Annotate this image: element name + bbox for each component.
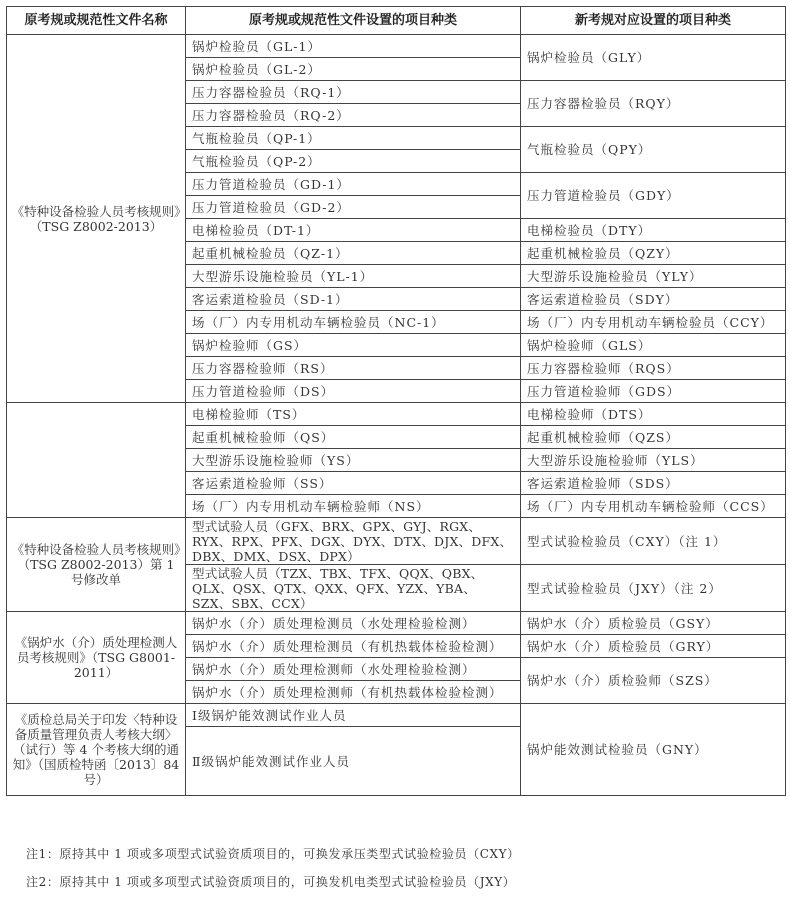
old-category-cell: 大型游乐设施检验员（YL-1） [186, 265, 521, 288]
source-doc-cell [7, 403, 186, 518]
new-category-cell: 场（厂）内专用机动车辆检验员（CCY） [521, 311, 786, 334]
old-category-cell: 锅炉检验员（GL-2） [186, 58, 521, 81]
table-row: 电梯检验师（TS） 电梯检验师（DTS） [7, 403, 786, 426]
old-category-cell: 客运索道检验师（SS） [186, 472, 521, 495]
old-category-cell: 大型游乐设施检验师（YS） [186, 449, 521, 472]
source-doc-cell: 《锅炉水（介）质处理检测人员考核规则》（TSG G8001-2011） [7, 612, 186, 704]
old-category-cell: 场（厂）内专用机动车辆检验师（NS） [186, 495, 521, 518]
table-header-row: 原考规或规范性文件名称 原考规或规范性文件设置的项目种类 新考规对应设置的项目种… [7, 7, 786, 35]
old-category-cell: 场（厂）内专用机动车辆检验员（NC-1） [186, 311, 521, 334]
old-category-cell: 气瓶检验员（QP-1） [186, 127, 521, 150]
new-category-cell: 大型游乐设施检验员（YLY） [521, 265, 786, 288]
footnote-1: 注1：原持其中 1 项或多项型式试验资质项目的，可换发承压类型式试验检验员（CX… [26, 845, 520, 862]
new-category-cell: 起重机械检验师（QZS） [521, 426, 786, 449]
old-category-cell: Ⅰ级锅炉能效测试作业人员 [186, 704, 521, 727]
new-category-cell: 锅炉检验员（GLY） [521, 35, 786, 81]
table-row: 《锅炉水（介）质处理检测人员考核规则》（TSG G8001-2011） 锅炉水（… [7, 612, 786, 635]
old-category-cell: 锅炉水（介）质处理检测师（有机热载体检验检测） [186, 681, 521, 704]
new-category-cell: 起重机械检验员（QZY） [521, 242, 786, 265]
old-category-cell: 压力管道检验师（DS） [186, 380, 521, 403]
old-category-cell: 压力容器检验员（RQ-1） [186, 81, 521, 104]
old-category-cell: 客运索道检验员（SD-1） [186, 288, 521, 311]
old-category-cell: 锅炉检验员（GL-1） [186, 35, 521, 58]
header-source-doc: 原考规或规范性文件名称 [7, 7, 186, 35]
old-category-cell: Ⅱ级锅炉能效测试作业人员 [186, 727, 521, 796]
old-category-cell: 锅炉水（介）质处理检测师（水处理检验检测） [186, 658, 521, 681]
new-category-cell: 客运索道检验师（SDS） [521, 472, 786, 495]
new-category-cell: 压力管道检验员（GDY） [521, 173, 786, 219]
old-category-cell: 起重机械检验师（QS） [186, 426, 521, 449]
old-category-cell: 电梯检验员（DT-1） [186, 219, 521, 242]
old-category-cell: 锅炉检验师（GS） [186, 334, 521, 357]
new-category-cell: 压力容器检验员（RQY） [521, 81, 786, 127]
header-new-category: 新考规对应设置的项目种类 [521, 7, 786, 35]
old-category-cell: 型式试验人员（TZX、TBX、TFX、QQX、QBX、QLX、QSX、QTX、Q… [186, 565, 521, 612]
old-category-cell: 气瓶检验员（QP-2） [186, 150, 521, 173]
old-category-cell: 压力容器检验师（RS） [186, 357, 521, 380]
old-category-cell: 锅炉水（介）质处理检测员（有机热载体检验检测） [186, 635, 521, 658]
new-category-cell: 场（厂）内专用机动车辆检验师（CCS） [521, 495, 786, 518]
old-category-cell: 锅炉水（介）质处理检测员（水处理检验检测） [186, 612, 521, 635]
new-category-cell: 锅炉水（介）质检验员（GRY） [521, 635, 786, 658]
new-category-cell: 客运索道检验员（SDY） [521, 288, 786, 311]
table-row: 《质检总局关于印发〈特种设备质量管理负责人考核大纲〉（试行）等 4 个考核大纲的… [7, 704, 786, 727]
new-category-cell: 压力管道检验师（GDS） [521, 380, 786, 403]
new-category-cell: 型式试验检验员（CXY）（注 1） [521, 518, 786, 565]
source-doc-cell: 《特种设备检验人员考核规则》（TSG Z8002-2013） [7, 35, 186, 403]
old-category-cell: 压力管道检验员（GD-1） [186, 173, 521, 196]
new-category-cell: 型式试验检验员（JXY）（注 2） [521, 565, 786, 612]
new-category-cell: 压力容器检验师（RQS） [521, 357, 786, 380]
new-category-cell: 电梯检验员（DTY） [521, 219, 786, 242]
source-doc-cell: 《特种设备检验人员考核规则》（TSG Z8002-2013）第 1 号修改单 [7, 518, 186, 612]
footnote-2: 注2：原持其中 1 项或多项型式试验资质项目的，可换发机电类型式试验检验员（JX… [26, 873, 515, 890]
old-category-cell: 压力管道检验员（GD-2） [186, 196, 521, 219]
header-old-category: 原考规或规范性文件设置的项目种类 [186, 7, 521, 35]
table-row: 《特种设备检验人员考核规则》（TSG Z8002-2013）第 1 号修改单 型… [7, 518, 786, 565]
new-category-cell: 锅炉水（介）质检验员（GSY） [521, 612, 786, 635]
old-category-cell: 起重机械检验员（QZ-1） [186, 242, 521, 265]
table-row: 《特种设备检验人员考核规则》（TSG Z8002-2013） 锅炉检验员（GL-… [7, 35, 786, 58]
old-category-cell: 电梯检验师（TS） [186, 403, 521, 426]
new-category-cell: 气瓶检验员（QPY） [521, 127, 786, 173]
new-category-cell: 锅炉检验师（GLS） [521, 334, 786, 357]
conversion-table: 原考规或规范性文件名称 原考规或规范性文件设置的项目种类 新考规对应设置的项目种… [6, 6, 786, 796]
old-category-cell: 型式试验人员（GFX、BRX、GPX、GYJ、RGX、RYX、RPX、PFX、D… [186, 518, 521, 565]
new-category-cell: 锅炉水（介）质检验师（SZS） [521, 658, 786, 704]
source-doc-cell: 《质检总局关于印发〈特种设备质量管理负责人考核大纲〉（试行）等 4 个考核大纲的… [7, 704, 186, 796]
new-category-cell: 大型游乐设施检验师（YLS） [521, 449, 786, 472]
old-category-cell: 压力容器检验员（RQ-2） [186, 104, 521, 127]
new-category-cell: 锅炉能效测试检验员（GNY） [521, 704, 786, 796]
new-category-cell: 电梯检验师（DTS） [521, 403, 786, 426]
